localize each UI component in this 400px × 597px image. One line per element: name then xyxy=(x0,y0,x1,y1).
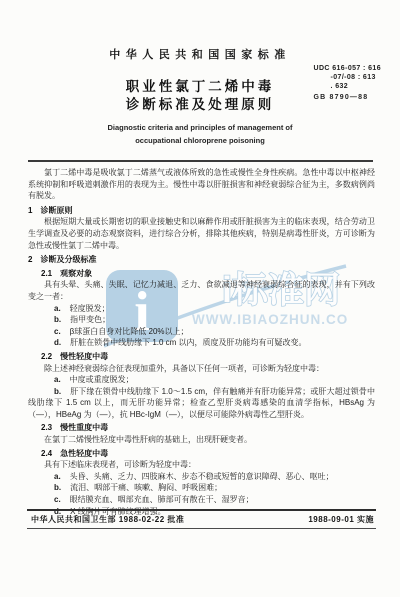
list-item: c.眼结膜充血、咽部充血、肺部可有散在干、湿罗音； xyxy=(28,494,375,506)
item-text: 中度或重度脱发； xyxy=(70,375,134,384)
udc-line: . 632 xyxy=(314,82,382,91)
section-2-heading: 2 诊断及分级标准 xyxy=(28,254,375,266)
section-2-1-heading: 2.1 观察对象 xyxy=(28,268,375,280)
english-subtitle-line1: Diagnostic criteria and principles of ma… xyxy=(0,122,400,135)
standard-number: GB 8790—88 xyxy=(314,93,382,102)
list-item: b.指甲变色； xyxy=(28,314,375,326)
item-text: 轻度脱发； xyxy=(70,304,110,313)
list-item: c.β球蛋白自身对比降低 20%以上； xyxy=(28,326,375,338)
list-item: a.轻度脱发； xyxy=(28,303,375,315)
section-2-1-paragraph: 具有头晕、头痛、失眠、记忆力减退、乏力、食欲减退等神经衰弱综合征的表现，并有下列… xyxy=(28,279,375,302)
approval-note: 中华人民共和国卫生部 1988-02-22 批准 xyxy=(31,514,184,525)
list-item: a.中度或重度脱发； xyxy=(28,374,375,386)
document-page: i i标准网 WWW.IBIAOZHUN.COM 中华人民共和国国家标准 UDC… xyxy=(0,0,400,597)
item-label: b. xyxy=(54,387,61,396)
udc-line: UDC 616-057 : 616 xyxy=(314,64,382,73)
section-1-heading: 1 诊断原则 xyxy=(28,205,375,217)
item-label: b. xyxy=(54,315,61,324)
item-label: c. xyxy=(54,327,61,336)
english-subtitle-line2: occupational chloroprene poisoning xyxy=(0,135,400,148)
item-text: β球蛋白自身对比降低 20%以上； xyxy=(70,327,189,336)
list-item: b.肝下缘在锁骨中线肋缘下 1.0～1.5 cm，伴有触痛并有肝功能异常；或肝大… xyxy=(28,386,375,421)
item-label: a. xyxy=(54,375,61,384)
list-item: d.肝脏在锁骨中线肋缘下 1.0 cm 以内，质度及肝功能均有可疑改变。 xyxy=(28,337,375,349)
item-text: 眼结膜充血、咽部充血、肺部可有散在干、湿罗音； xyxy=(70,495,254,504)
implementation-date: 1988-09-01 实施 xyxy=(308,514,374,525)
item-text: 指甲变色； xyxy=(70,315,110,324)
section-2-3-heading: 2.3 慢性重度中毒 xyxy=(28,422,375,434)
item-text: 肝下缘在锁骨中线肋缘下 1.0～1.5 cm，伴有触痛并有肝功能异常；或肝大超过… xyxy=(28,387,375,419)
udc-line: -07/-08 : 613 xyxy=(314,73,382,82)
item-text: 流泪、咽部干痛、咳嗽、胸闷、呼吸困难； xyxy=(70,483,222,492)
section-2-3-paragraph: 在氯丁二烯慢性轻度中毒性肝病的基础上，出现肝硬变者。 xyxy=(28,434,375,446)
item-label: c. xyxy=(54,495,61,504)
item-label: b. xyxy=(54,483,61,492)
header-divider xyxy=(28,160,373,162)
footer-divider-bottom xyxy=(27,528,376,529)
section-2-2-paragraph: 除上述神经衰弱综合征表现加重外，具备以下任何一项者，可诊断为轻度中毒： xyxy=(28,363,375,375)
list-item: a.头昏、头痛、乏力、四肢麻木、步态不稳或短暂的意识障碍、恶心、呕吐； xyxy=(28,471,375,483)
list-item: b.流泪、咽部干痛、咳嗽、胸闷、呼吸困难； xyxy=(28,482,375,494)
item-text: 头昏、头痛、乏力、四肢麻木、步态不稳或短暂的意识障碍、恶心、呕吐； xyxy=(70,472,334,481)
udc-block: UDC 616-057 : 616 -07/-08 : 613 . 632 GB… xyxy=(314,64,382,102)
section-2-2-heading: 2.2 慢性轻度中毒 xyxy=(28,351,375,363)
item-label: a. xyxy=(54,472,61,481)
item-label: d. xyxy=(54,338,61,347)
section-2-4-paragraph: 具有下述临床表现者，可诊断为轻度中毒： xyxy=(28,459,375,471)
item-label: a. xyxy=(54,304,61,313)
section-2-4-heading: 2.4 急性轻度中毒 xyxy=(28,448,375,460)
document-body: 氯丁二烯中毒是吸收氯丁二烯蒸气或液体所致的急性或慢性全身性疾病。急性中毒以中枢神… xyxy=(28,167,375,517)
intro-paragraph: 氯丁二烯中毒是吸收氯丁二烯蒸气或液体所致的急性或慢性全身性疾病。急性中毒以中枢神… xyxy=(28,167,375,202)
page-footer: 中华人民共和国卫生部 1988-02-22 批准 1988-09-01 实施 xyxy=(27,509,376,529)
item-text: 肝脏在锁骨中线肋缘下 1.0 cm 以内，质度及肝功能均有可疑改变。 xyxy=(70,338,306,347)
org-title: 中华人民共和国国家标准 xyxy=(0,0,400,62)
section-1-paragraph: 根据短期大量或长期密切的职业接触史和以麻醉作用或肝脏损害为主的临床表现，结合劳动… xyxy=(28,216,375,251)
english-subtitle: Diagnostic criteria and principles of ma… xyxy=(0,122,400,147)
